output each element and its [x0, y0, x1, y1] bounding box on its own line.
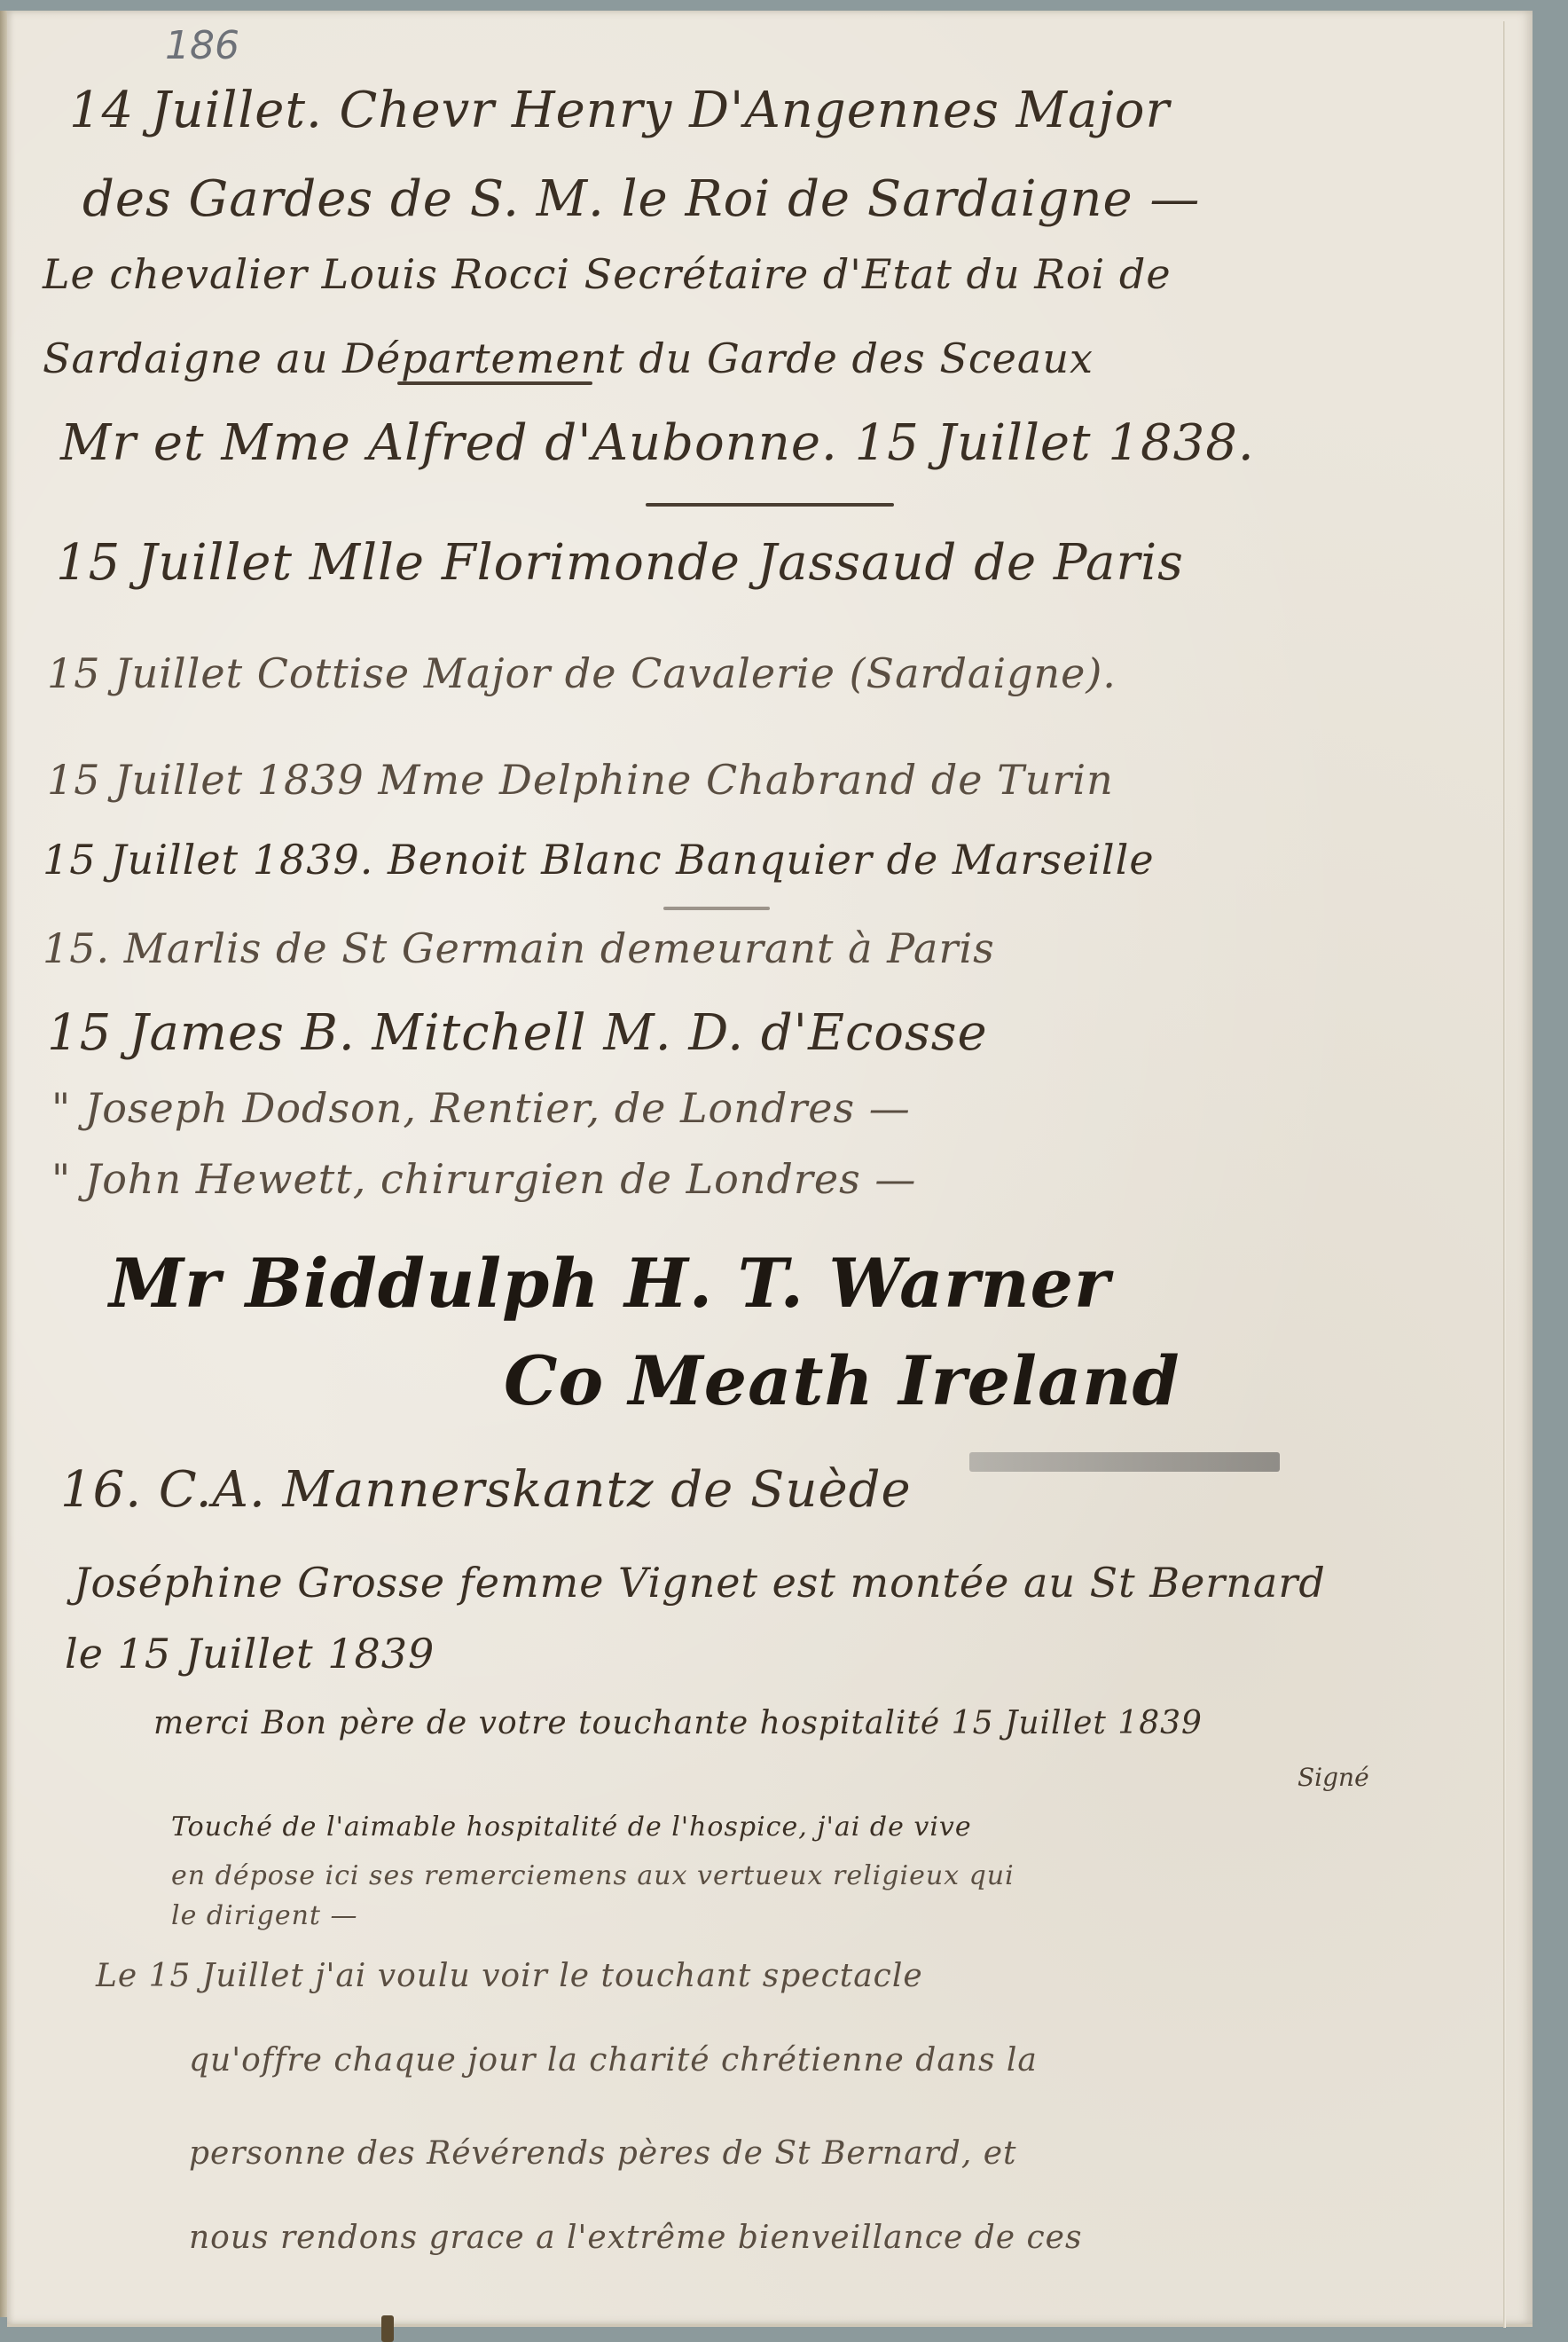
manuscript-page: 186 14 Juillet. Chevr Henry D'Angennes M…: [7, 11, 1533, 2327]
entry-line: 15 James B. Mitchell M. D. d'Ecosse: [47, 1004, 988, 1062]
entry-line: " Joseph Dodson, Rentier, de Londres —: [51, 1084, 911, 1132]
underline-stroke: [646, 503, 894, 507]
entry-line: Le 15 Juillet j'ai voulu voir le touchan…: [96, 1958, 923, 1994]
page-fold: [1503, 21, 1506, 2328]
entry-line: 16. C.A. Mannerskantz de Suède: [60, 1461, 912, 1519]
signature-line: Co Meath Ireland: [504, 1341, 1180, 1420]
entry-line: personne des Révérends pères de St Berna…: [189, 2135, 1016, 2172]
entry-line: Sardaigne au Département du Garde des Sc…: [43, 334, 1094, 382]
entry-line: 15. Marlis de St Germain demeurant à Par…: [43, 924, 995, 972]
ink-smudge: [969, 1452, 1280, 1472]
entry-line: Mr et Mme Alfred d'Aubonne. 15 Juillet 1…: [60, 414, 1255, 472]
underline-stroke: [397, 381, 592, 385]
entry-line: 14 Juillet. Chevr Henry D'Angennes Major: [69, 82, 1170, 139]
signature-line: Mr Biddulph H. T. Warner: [109, 1244, 1110, 1323]
entry-line: 15 Juillet Mlle Florimonde Jassaud de Pa…: [56, 534, 1184, 592]
entry-line: Joséphine Grosse femme Vignet est montée…: [74, 1559, 1326, 1607]
entry-line: merci Bon père de votre touchante hospit…: [153, 1705, 1203, 1741]
underline-stroke: [663, 907, 770, 910]
entry-line: 15 Juillet 1839. Benoit Blanc Banquier d…: [43, 836, 1155, 884]
binding-thread: [381, 2315, 394, 2342]
entry-line: nous rendons grace a l'extrême bienveill…: [189, 2220, 1082, 2256]
entry-line: le 15 Juillet 1839: [65, 1630, 435, 1678]
entry-line: Touché de l'aimable hospitalité de l'hos…: [171, 1812, 972, 1843]
entry-line: " John Hewett, chirurgien de Londres —: [51, 1155, 916, 1203]
page-number: 186: [165, 23, 239, 68]
marginal-signature: Signé: [1298, 1763, 1369, 1792]
entry-line: en dépose ici ses remerciemens aux vertu…: [171, 1860, 1015, 1891]
entry-line: 15 Juillet 1839 Mme Delphine Chabrand de…: [47, 756, 1114, 804]
entry-line: qu'offre chaque jour la charité chrétien…: [189, 2042, 1038, 2079]
entry-line: 15 Juillet Cottise Major de Cavalerie (S…: [47, 649, 1117, 697]
entry-line: le dirigent —: [171, 1900, 358, 1931]
entry-line: Le chevalier Louis Rocci Secrétaire d'Et…: [43, 250, 1172, 298]
entry-line: des Gardes de S. M. le Roi de Sardaigne …: [82, 170, 1200, 228]
